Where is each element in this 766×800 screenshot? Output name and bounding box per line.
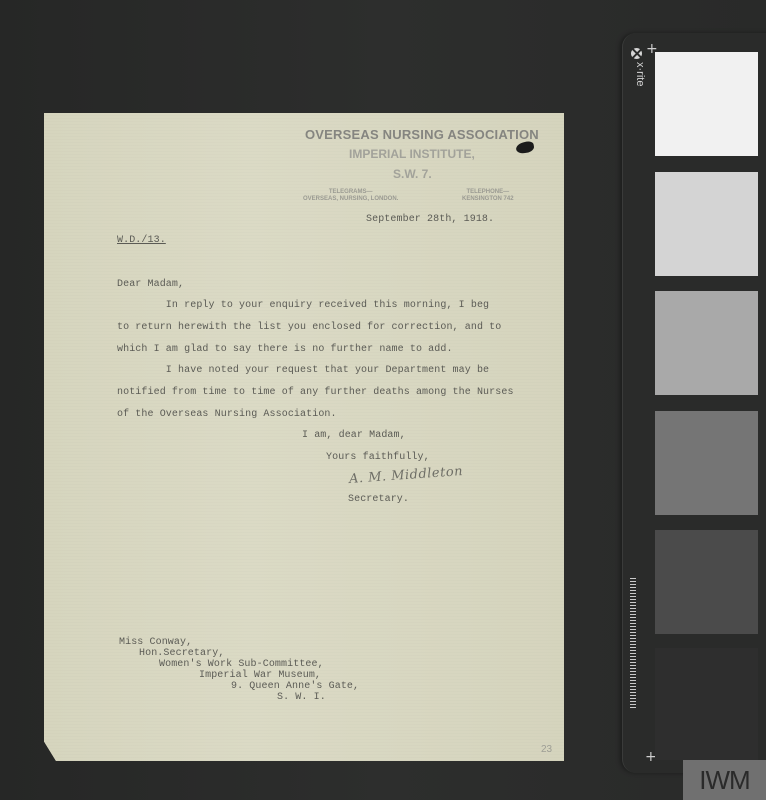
letterhead-telephone: TELEPHONE— KENSINGTON 742 bbox=[462, 189, 514, 203]
recipient-line: 9. Queen Anne's Gate, bbox=[231, 681, 359, 692]
body-line: to return herewith the list you enclosed… bbox=[117, 322, 501, 333]
telephone-value: KENSINGTON 742 bbox=[462, 196, 514, 203]
measurement-ruler bbox=[630, 578, 640, 708]
body-line: In reply to your enquiry received this m… bbox=[117, 300, 489, 311]
telegrams-value: OVERSEAS, NURSING, LONDON. bbox=[303, 196, 398, 203]
letterhead-telegrams: TELEGRAMS— OVERSEAS, NURSING, LONDON. bbox=[303, 189, 398, 203]
telegrams-label: TELEGRAMS— bbox=[303, 189, 398, 196]
letterhead-institute: IMPERIAL INSTITUTE, bbox=[349, 147, 475, 161]
iwm-watermark: IWM bbox=[683, 760, 766, 800]
telephone-label: TELEPHONE— bbox=[462, 189, 514, 196]
gray-swatch-5 bbox=[655, 530, 758, 634]
letterhead-organization: OVERSEAS NURSING ASSOCIATION bbox=[305, 127, 539, 142]
letter-salutation: Dear Madam, bbox=[117, 279, 184, 290]
xrite-logo-icon bbox=[631, 48, 642, 59]
gray-swatch-3 bbox=[655, 291, 758, 395]
gray-swatch-4 bbox=[655, 411, 758, 515]
recipient-line: S. W. I. bbox=[277, 692, 326, 703]
gray-swatch-6 bbox=[655, 648, 758, 760]
recipient-line: Women's Work Sub-Committee, bbox=[159, 659, 324, 670]
recipient-line: Hon.Secretary, bbox=[139, 648, 224, 659]
gray-swatch-2 bbox=[655, 172, 758, 276]
letter-reference: W.D./13. bbox=[117, 235, 166, 246]
recipient-line: Miss Conway, bbox=[119, 637, 192, 648]
closing-line: I am, dear Madam, bbox=[302, 430, 406, 441]
closing-valediction: Yours faithfully, bbox=[326, 452, 430, 463]
body-line: I have noted your request that your Depa… bbox=[117, 365, 489, 376]
signatory-title: Secretary. bbox=[348, 494, 409, 505]
letterhead-district: S.W. 7. bbox=[393, 167, 432, 181]
gray-swatch-1 bbox=[655, 52, 758, 156]
page-number: 23 bbox=[541, 744, 552, 755]
letter-date: September 28th, 1918. bbox=[366, 214, 494, 225]
recipient-line: Imperial War Museum, bbox=[199, 670, 321, 681]
body-line: notified from time to time of any furthe… bbox=[117, 387, 514, 398]
body-line: of the Overseas Nursing Association. bbox=[117, 409, 337, 420]
body-line: which I am glad to say there is no furth… bbox=[117, 344, 453, 355]
xrite-brand: x·rite bbox=[628, 62, 646, 112]
